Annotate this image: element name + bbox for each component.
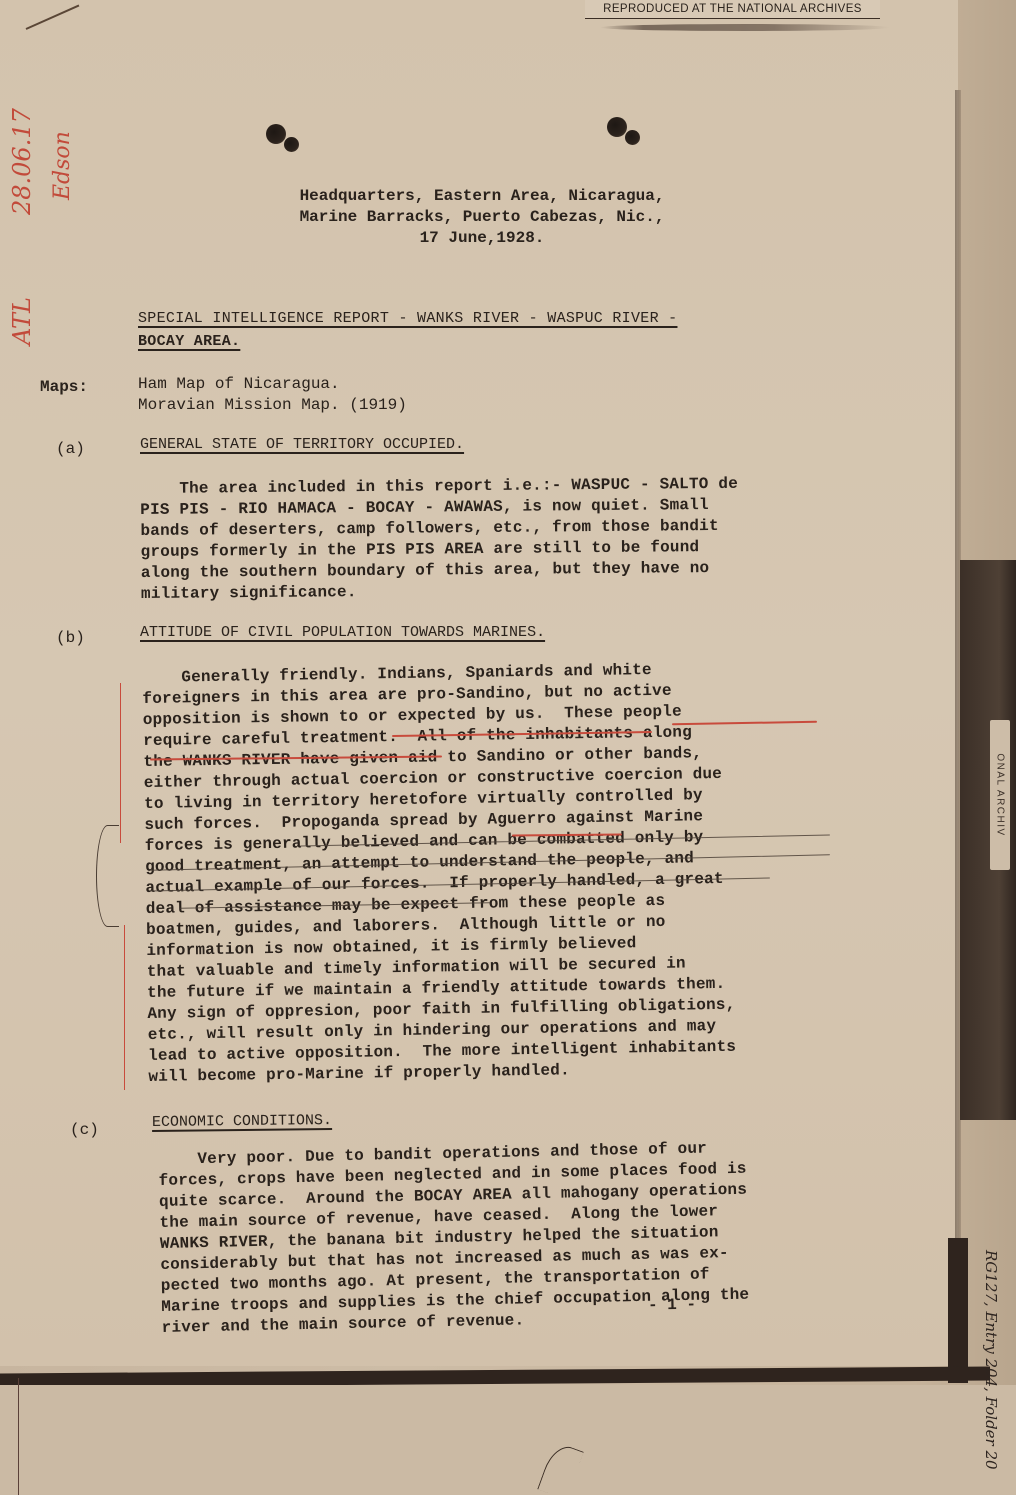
punch-hole-right xyxy=(607,117,627,137)
section-b-heading: ATTITUDE OF CIVIL POPULATION TOWARDS MAR… xyxy=(140,624,545,641)
section-c-letter: (c) xyxy=(70,1121,99,1139)
pencil-margin-brace xyxy=(96,825,119,927)
report-date: 17 June,1928. xyxy=(247,228,717,249)
maps-label: Maps: xyxy=(40,378,88,396)
national-archives-stamp: REPRODUCED AT THE NATIONAL ARCHIVES xyxy=(585,0,880,19)
punch-hole-left-tear xyxy=(284,137,299,152)
archive-reference: RG127, Entry 204, Folder 20 xyxy=(982,1250,1000,1470)
map-item: Ham Map of Nicaragua. xyxy=(138,374,407,395)
section-b-letter: (b) xyxy=(56,629,85,647)
section-a-body: The area included in this report i.e.:- … xyxy=(140,474,739,605)
red-margin-bracket xyxy=(120,683,121,843)
section-a-heading: GENERAL STATE OF TERRITORY OCCUPIED. xyxy=(140,436,464,453)
letterhead: Headquarters, Eastern Area, Nicaragua, M… xyxy=(247,186,717,249)
page-corner-shadow xyxy=(948,1238,968,1383)
letterhead-line: Headquarters, Eastern Area, Nicaragua, xyxy=(247,186,717,207)
letterhead-line: Marine Barracks, Puerto Cabezas, Nic., xyxy=(247,207,717,228)
handwritten-date: 28.06.17 xyxy=(8,108,36,215)
ink-smudge xyxy=(600,24,890,31)
section-c-heading: ECONOMIC CONDITIONS. xyxy=(152,1112,332,1131)
handwritten-name: Edson xyxy=(50,131,75,200)
report-title: SPECIAL INTELLIGENCE REPORT - WANKS RIVE… xyxy=(138,307,858,353)
maps-list: Ham Map of Nicaragua. Moravian Mission M… xyxy=(138,374,407,416)
punch-hole-left xyxy=(266,124,286,144)
side-archive-stamp: ONAL ARCHIV xyxy=(990,720,1010,870)
section-a-letter: (a) xyxy=(56,440,85,458)
margin-rule xyxy=(18,1378,19,1495)
punch-hole-right-tear xyxy=(625,130,640,145)
underlying-sheet xyxy=(0,1385,1016,1495)
section-b-body: Generally friendly. Indians, Spaniards a… xyxy=(142,659,737,1088)
red-margin-bracket xyxy=(124,925,125,1090)
map-item: Moravian Mission Map. (1919) xyxy=(138,395,407,416)
handwritten-initials: ATL xyxy=(8,297,36,345)
page-number: - 1 - xyxy=(648,1295,696,1314)
